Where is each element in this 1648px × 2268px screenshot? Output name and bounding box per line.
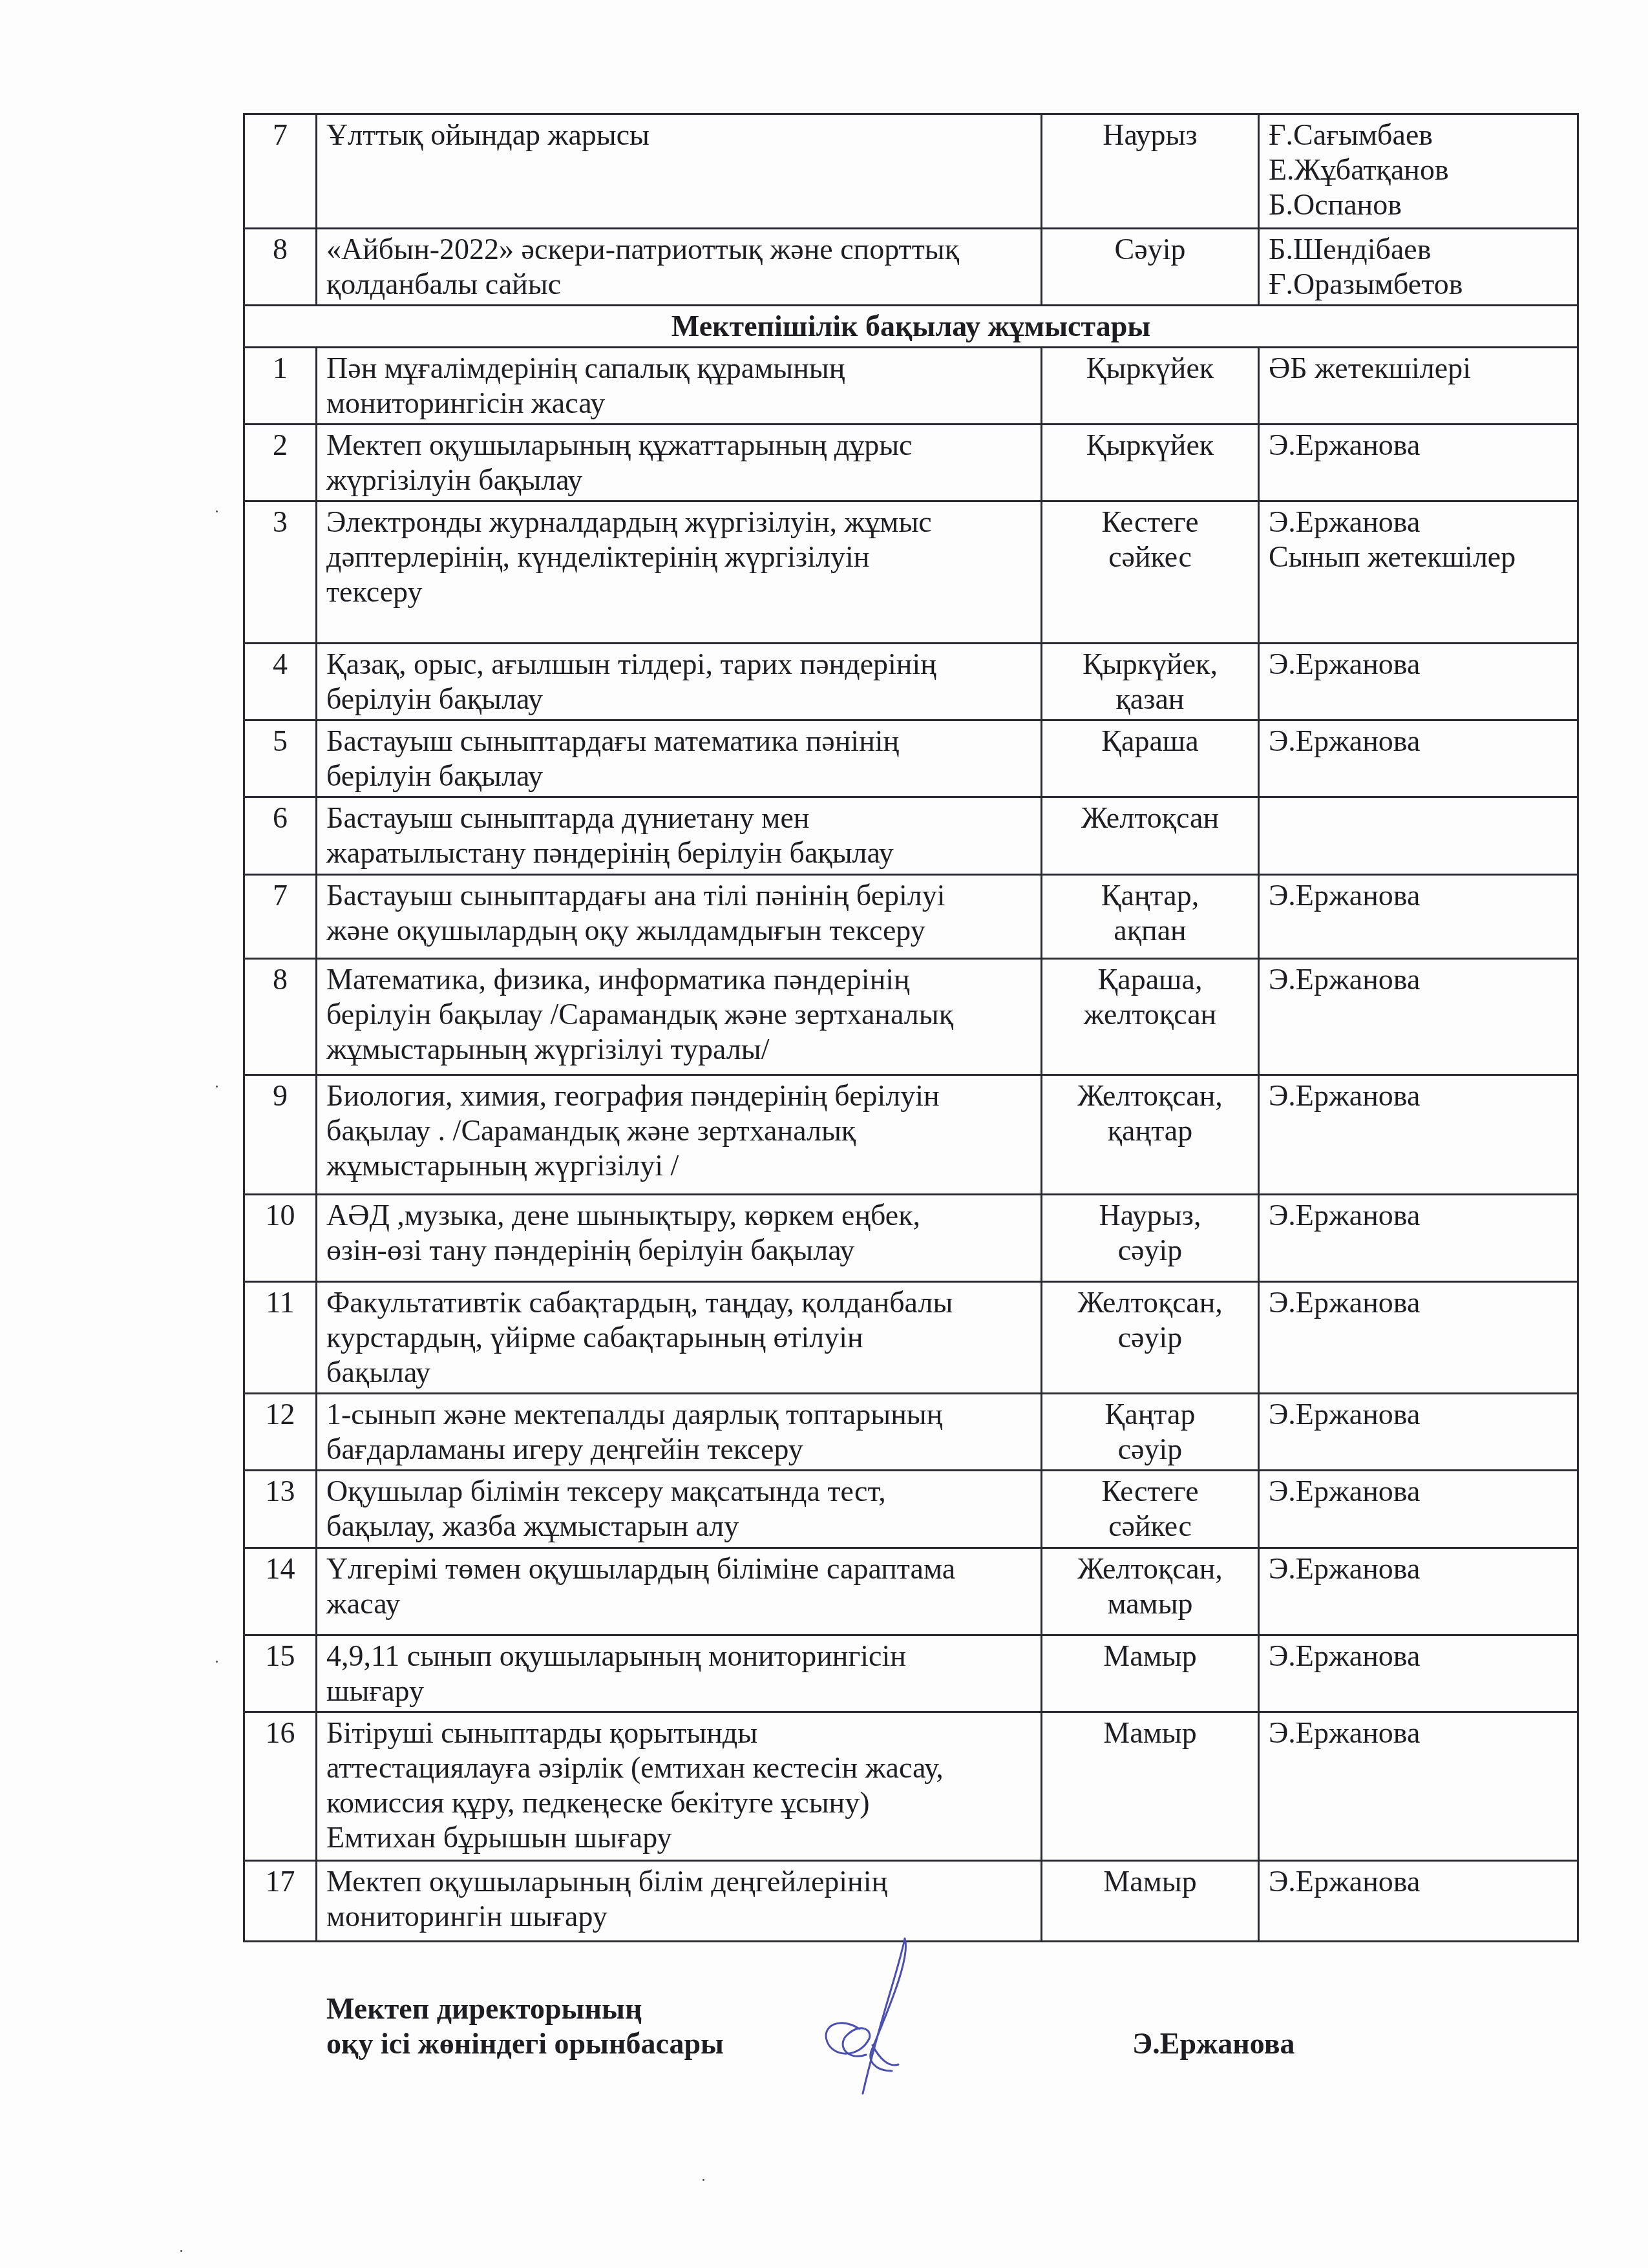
deadline: Қыркүйек — [1042, 348, 1259, 425]
section-title: Мектепішілік бақылау жұмыстары — [244, 306, 1578, 348]
responsible: Э.Ержанова — [1259, 1471, 1578, 1548]
plan-table: 7Ұлттық ойындар жарысыНаурызҒ.Сағымбаев … — [243, 113, 1579, 1942]
scan-dust — [216, 1661, 218, 1663]
task-text: Бастауыш сыныптардағы ана тілі пәнінің б… — [317, 875, 1042, 959]
row-number: 7 — [244, 114, 317, 229]
deadline: Желтоқсан, мамыр — [1042, 1548, 1259, 1635]
row-number: 10 — [244, 1195, 317, 1282]
row-number: 5 — [244, 720, 317, 797]
task-text: Бастауыш сыныптарда дүниетану мен жараты… — [317, 797, 1042, 875]
responsible: Э.Ержанова — [1259, 1195, 1578, 1282]
table-row: 9Биология, химия, география пәндерінің б… — [244, 1075, 1578, 1195]
task-text: Қазақ, орыс, ағылшын тілдері, тарих пәнд… — [317, 644, 1042, 720]
deadline: Желтоқсан, қаңтар — [1042, 1075, 1259, 1195]
table-row: 11Факультативтік сабақтардың, таңдау, қо… — [244, 1282, 1578, 1394]
document-page: 7Ұлттық ойындар жарысыНаурызҒ.Сағымбаев … — [0, 0, 1648, 2268]
task-text: Мектеп оқушыларының білім деңгейлерінің … — [317, 1861, 1042, 1942]
table-row: 1Пән мұғалімдерінің сапалық құрамының мо… — [244, 348, 1578, 425]
row-number: 3 — [244, 501, 317, 644]
responsible: Э.Ержанова — [1259, 1282, 1578, 1394]
table-row: 2Мектеп оқушыларының құжаттарының дұрыс … — [244, 425, 1578, 501]
deadline: Қыркүйек — [1042, 425, 1259, 501]
task-text: Бастауыш сыныптардағы математика пәнінің… — [317, 720, 1042, 797]
task-text: «Айбын-2022» әскери-патриоттық және спор… — [317, 229, 1042, 306]
deadline: Мамыр — [1042, 1861, 1259, 1942]
task-text: Факультативтік сабақтардың, таңдау, қолд… — [317, 1282, 1042, 1394]
table-row: 17Мектеп оқушыларының білім деңгейлеріні… — [244, 1861, 1578, 1942]
row-number: 1 — [244, 348, 317, 425]
table-row: 7Бастауыш сыныптардағы ана тілі пәнінің … — [244, 875, 1578, 959]
task-text: Ұлттық ойындар жарысы — [317, 114, 1042, 229]
row-number: 11 — [244, 1282, 317, 1394]
deadline: Мамыр — [1042, 1712, 1259, 1861]
row-number: 16 — [244, 1712, 317, 1861]
deadline: Мамыр — [1042, 1635, 1259, 1712]
table-row: 5Бастауыш сыныптардағы математика пәніні… — [244, 720, 1578, 797]
table-row: 8Математика, физика, информатика пәндері… — [244, 959, 1578, 1075]
responsible: Э.Ержанова — [1259, 1712, 1578, 1861]
responsible: Э.Ержанова — [1259, 425, 1578, 501]
responsible: Э.Ержанова — [1259, 720, 1578, 797]
deadline: Кестеге сәйкес — [1042, 501, 1259, 644]
deadline: Кестеге сәйкес — [1042, 1471, 1259, 1548]
responsible: Э.Ержанова — [1259, 1861, 1578, 1942]
task-text: Үлгерімі төмен оқушылардың біліміне сара… — [317, 1548, 1042, 1635]
responsible: Б.Шендібаев Ғ.Оразымбетов — [1259, 229, 1578, 306]
table-row: 16Бітіруші сыныптарды қорытынды аттестац… — [244, 1712, 1578, 1861]
signer-position: Мектеп директорының оқу ісі жөніндегі ор… — [326, 1991, 724, 2061]
row-number: 4 — [244, 644, 317, 720]
row-number: 17 — [244, 1861, 317, 1942]
row-number: 2 — [244, 425, 317, 501]
task-text: 1-сынып және мектепалды даярлық топтарын… — [317, 1394, 1042, 1471]
task-text: Оқушылар білімін тексеру мақсатында тест… — [317, 1471, 1042, 1548]
table-row: 121-сынып және мектепалды даярлық топтар… — [244, 1394, 1578, 1471]
row-number: 6 — [244, 797, 317, 875]
responsible: Э.Ержанова — [1259, 644, 1578, 720]
row-number: 7 — [244, 875, 317, 959]
task-text: Биология, химия, география пәндерінің бе… — [317, 1075, 1042, 1195]
scan-dust — [180, 2250, 182, 2252]
row-number: 14 — [244, 1548, 317, 1635]
deadline: Желтоқсан, сәуір — [1042, 1282, 1259, 1394]
deadline: Қараша — [1042, 720, 1259, 797]
task-text: Электронды журналдардың жүргізілуін, жұм… — [317, 501, 1042, 644]
table-row: 6Бастауыш сыныптарда дүниетану мен жарат… — [244, 797, 1578, 875]
deadline: Наурыз, сәуір — [1042, 1195, 1259, 1282]
table-row: 7Ұлттық ойындар жарысыНаурызҒ.Сағымбаев … — [244, 114, 1578, 229]
deadline: Қараша, желтоқсан — [1042, 959, 1259, 1075]
row-number: 8 — [244, 229, 317, 306]
row-number: 8 — [244, 959, 317, 1075]
deadline: Қаңтар сәуір — [1042, 1394, 1259, 1471]
table-row: 13Оқушылар білімін тексеру мақсатында те… — [244, 1471, 1578, 1548]
task-text: 4,9,11 сынып оқушыларының мониторингісін… — [317, 1635, 1042, 1712]
scan-dust — [216, 510, 218, 512]
task-text: Математика, физика, информатика пәндерін… — [317, 959, 1042, 1075]
responsible — [1259, 797, 1578, 875]
responsible: Э.Ержанова — [1259, 959, 1578, 1075]
table-row: 3Электронды журналдардың жүргізілуін, жұ… — [244, 501, 1578, 644]
responsible: Э.Ержанова — [1259, 1075, 1578, 1195]
row-number: 15 — [244, 1635, 317, 1712]
responsible: ӘБ жетекшілері — [1259, 348, 1578, 425]
scan-dust — [703, 2179, 704, 2181]
responsible: Э.Ержанова — [1259, 1394, 1578, 1471]
task-text: АӘД ,музыка, дене шынықтыру, көркем еңбе… — [317, 1195, 1042, 1282]
responsible: Э.Ержанова Сынып жетекшілер — [1259, 501, 1578, 644]
table-row: 8«Айбын-2022» әскери-патриоттық және спо… — [244, 229, 1578, 306]
scan-dust — [216, 1086, 218, 1087]
signer-name: Э.Ержанова — [1132, 2026, 1295, 2061]
task-text: Бітіруші сыныптарды қорытынды аттестация… — [317, 1712, 1042, 1861]
task-text: Мектеп оқушыларының құжаттарының дұрыс ж… — [317, 425, 1042, 501]
row-number: 13 — [244, 1471, 317, 1548]
responsible: Э.Ержанова — [1259, 875, 1578, 959]
table-row: 14Үлгерімі төмен оқушылардың біліміне са… — [244, 1548, 1578, 1635]
deadline: Қаңтар, ақпан — [1042, 875, 1259, 959]
section-header-row: Мектепішілік бақылау жұмыстары — [244, 306, 1578, 348]
task-text: Пән мұғалімдерінің сапалық құрамының мон… — [317, 348, 1042, 425]
row-number: 9 — [244, 1075, 317, 1195]
deadline: Сәуір — [1042, 229, 1259, 306]
table-row: 10АӘД ,музыка, дене шынықтыру, көркем ең… — [244, 1195, 1578, 1282]
deadline: Желтоқсан — [1042, 797, 1259, 875]
table-row: 154,9,11 сынып оқушыларының мониторингіс… — [244, 1635, 1578, 1712]
row-number: 12 — [244, 1394, 317, 1471]
deadline: Наурыз — [1042, 114, 1259, 229]
responsible: Э.Ержанова — [1259, 1635, 1578, 1712]
deadline: Қыркүйек, қазан — [1042, 644, 1259, 720]
table-row: 4Қазақ, орыс, ағылшын тілдері, тарих пән… — [244, 644, 1578, 720]
signature-icon — [801, 1932, 969, 2100]
responsible: Э.Ержанова — [1259, 1548, 1578, 1635]
responsible: Ғ.Сағымбаев Е.Жұбатқанов Б.Оспанов — [1259, 114, 1578, 229]
